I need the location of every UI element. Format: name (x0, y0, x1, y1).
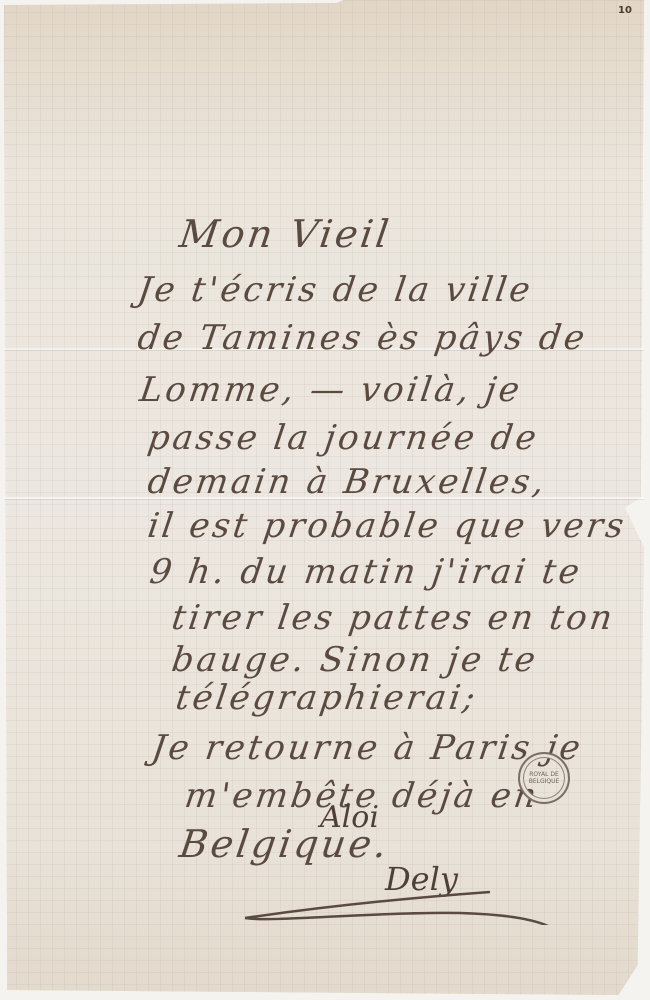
signature-flourish (240, 880, 560, 925)
letter-line: télégraphierai; (173, 678, 480, 718)
letter-line: Je t'écris de la ville (135, 270, 535, 310)
letter-line: Je retourne à Paris je (149, 728, 585, 768)
letter-line: de Tamines ès pâys de (135, 318, 590, 358)
closing: Aloi (320, 800, 379, 835)
letter-line: Lomme, — voilà, je (137, 370, 525, 410)
letter-line: tirer les pattes en ton (169, 598, 617, 638)
salutation: Mon Vieil (177, 212, 394, 256)
corner-mark: 10 (618, 5, 632, 16)
letter-line: il est probable que vers (145, 506, 629, 546)
letter-line: 9 h. du matin j'irai te (147, 552, 585, 592)
stamp-text: ROYAL DE BELGIQUE (520, 771, 568, 785)
letter-line: demain à Bruxelles, (145, 462, 549, 502)
letter-line: bauge. Sinon je te (169, 640, 541, 680)
letter-line: passe la journée de (145, 418, 541, 458)
library-stamp: ROYAL DE BELGIQUE (518, 752, 570, 804)
